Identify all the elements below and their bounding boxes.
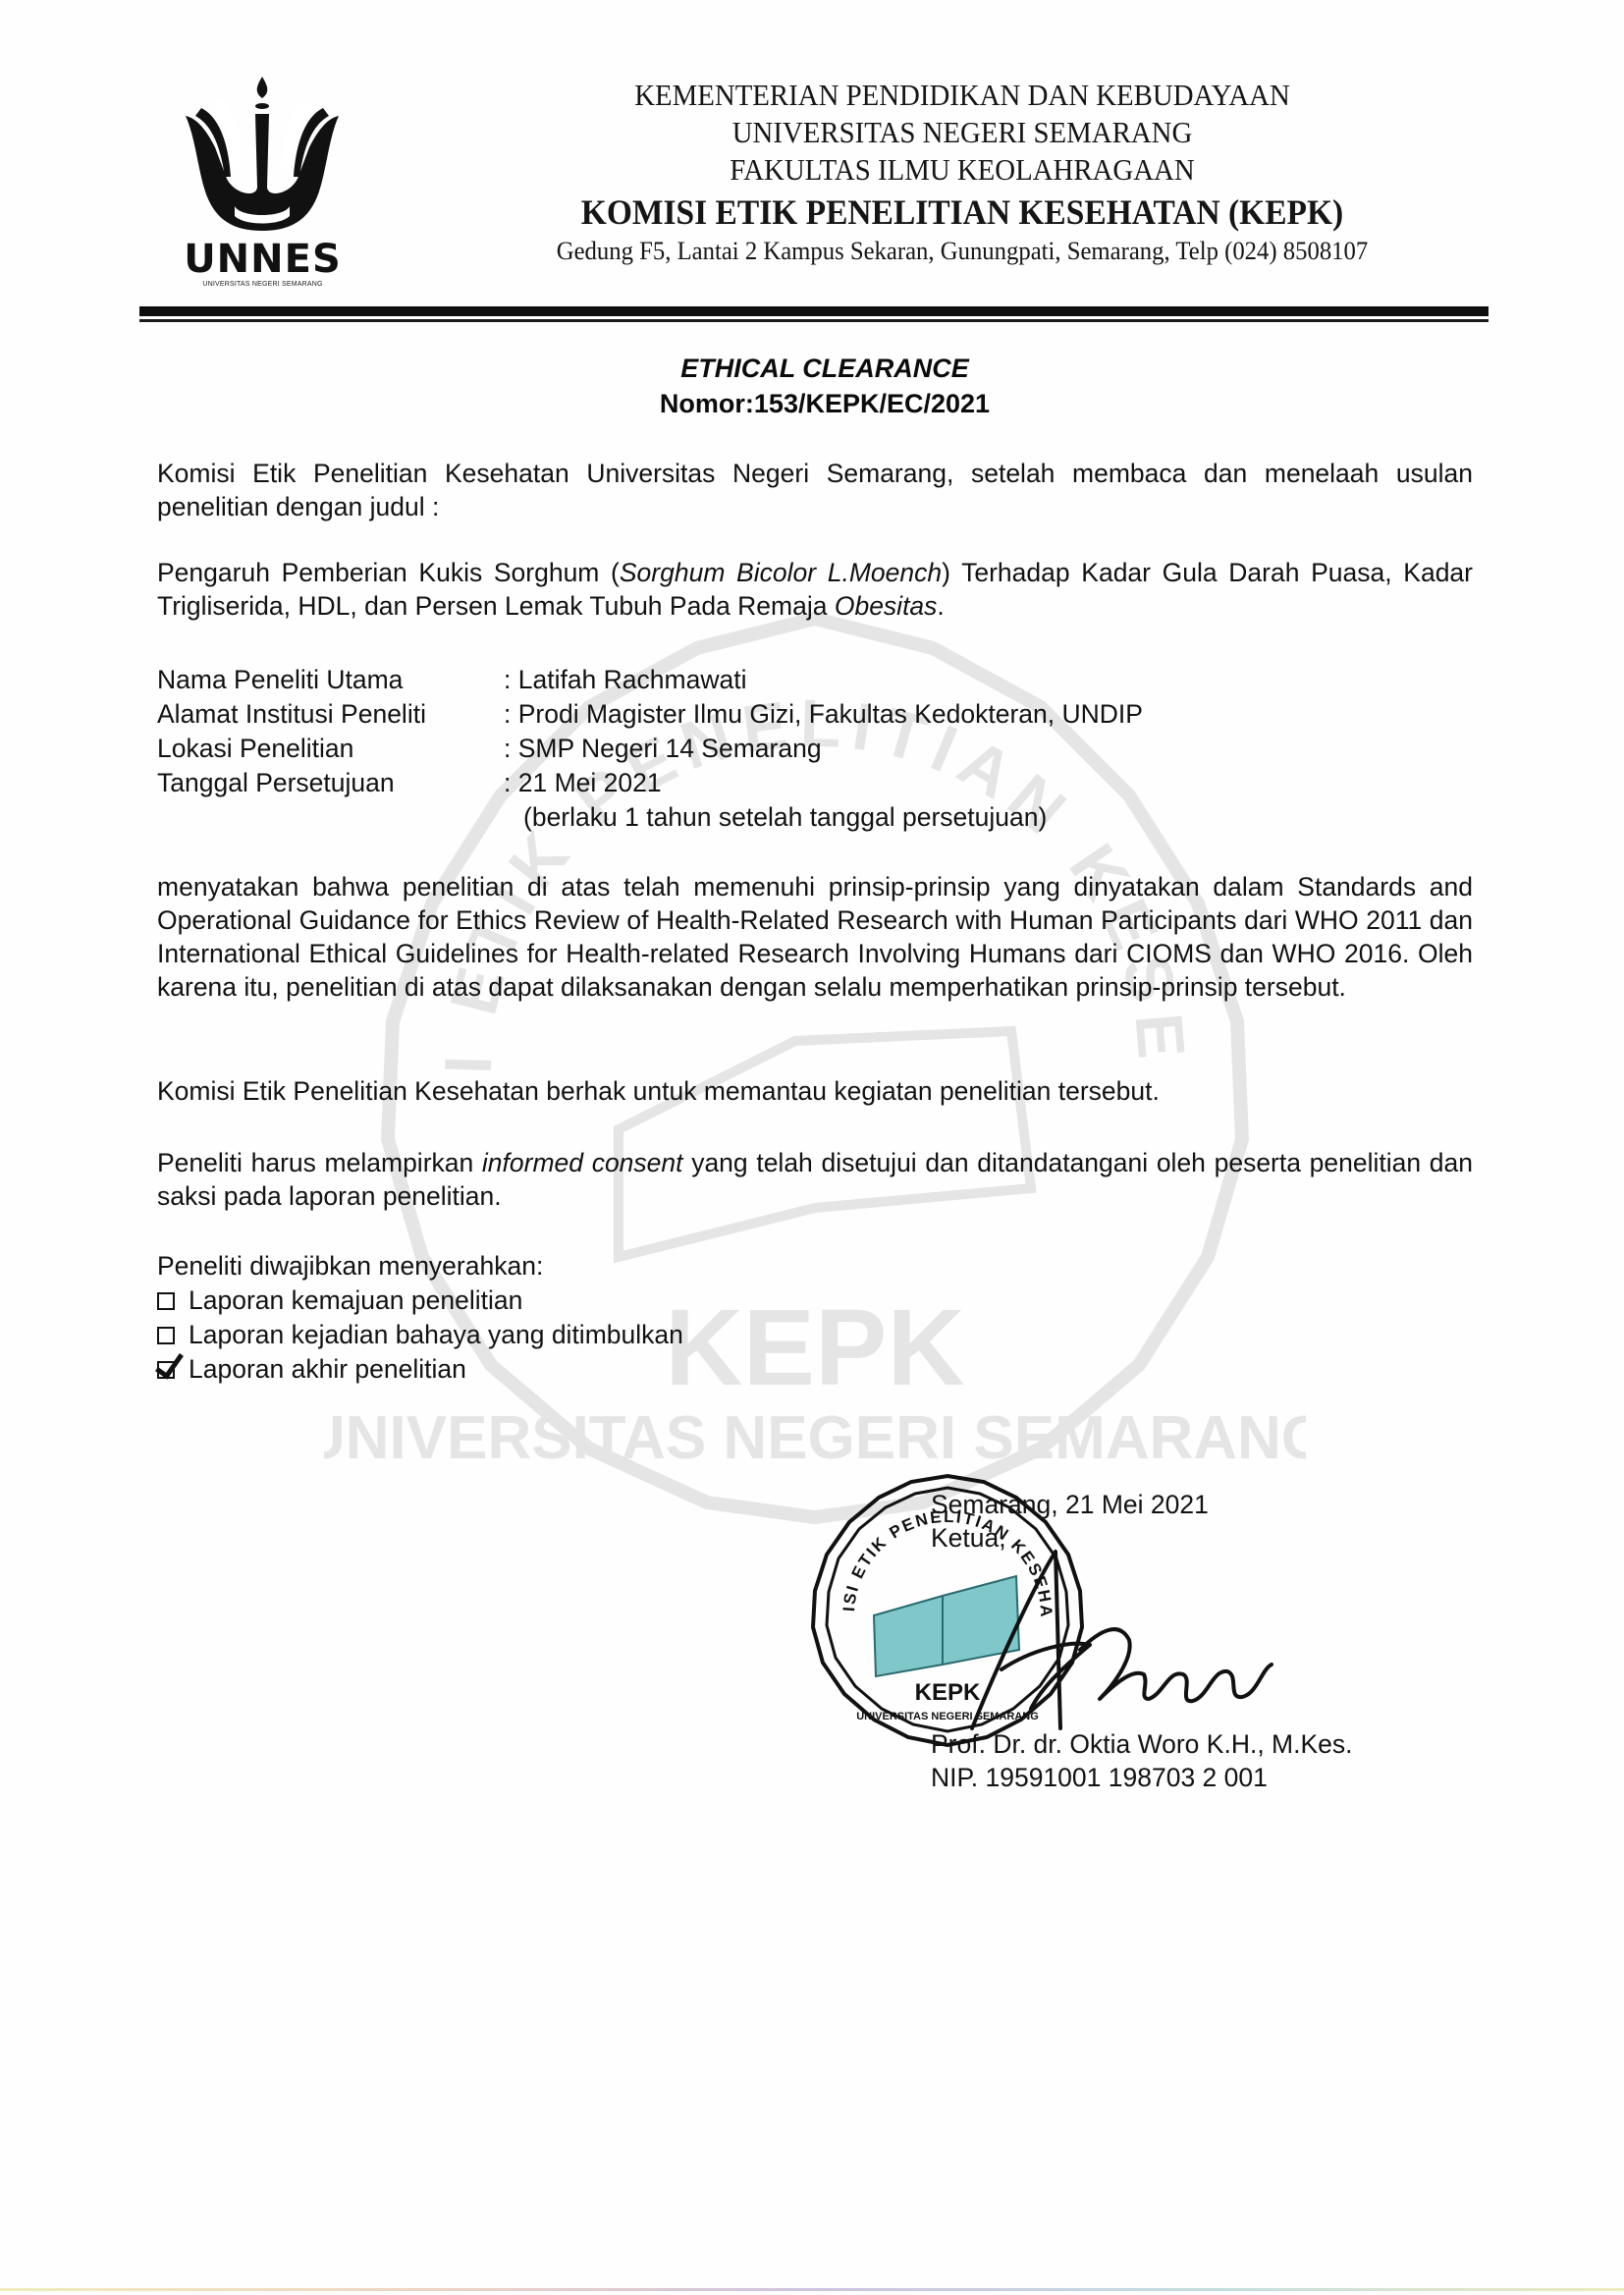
obligation-item: Laporan akhir penelitian [157,1352,683,1387]
detail-value: : Prodi Magister Ilmu Gizi, Fakultas Ked… [504,697,1143,732]
detail-row: Lokasi Penelitian : SMP Negeri 14 Semara… [157,732,1143,766]
obligation-item: Laporan kemajuan penelitian [157,1284,683,1318]
research-title-text: Pengaruh Pemberian Kukis Sorghum ( [157,558,620,587]
logo-subtext: UNIVERSITAS NEGERI SEMARANG [182,281,344,288]
obligations-heading: Peneliti diwajibkan menyerahkan: [157,1249,683,1284]
detail-value: : 21 Mei 2021 [504,766,662,800]
obligation-label: Laporan kejadian bahaya yang ditimbulkan [189,1318,683,1352]
document-page: KOMISI ETIK PENELITIAN KESEHATAN KEPK UN… [0,0,1624,2295]
document-heading: ETHICAL CLEARANCE [137,351,1512,386]
detail-row: Tanggal Persetujuan : 21 Mei 2021 [157,766,1143,800]
obligation-label: Laporan kemajuan penelitian [189,1284,522,1318]
signatory-nip: NIP. 19591001 198703 2 001 [931,1761,1268,1794]
checkbox-checked-icon [157,1361,175,1379]
letterhead-divider-thin [139,319,1489,322]
unnes-emblem-icon [182,69,344,246]
detail-value: : SMP Negeri 14 Semarang [504,732,822,766]
consent-text: Peneliti harus melampirkan [157,1148,482,1177]
research-title-italic: Obesitas [835,591,938,621]
document-number: Nomor:153/KEPK/EC/2021 [137,386,1512,421]
research-title-text: . [937,591,944,621]
committee-address: Gedung F5, Lantai 2 Kampus Sekaran, Gunu… [440,234,1485,269]
scan-edge-artifact [0,2288,1624,2291]
letterhead-divider-thick [139,306,1489,316]
detail-row: Alamat Institusi Peneliti : Prodi Magist… [157,697,1143,732]
obligations-list: Peneliti diwajibkan menyerahkan: Laporan… [157,1249,683,1387]
checkbox-unchecked-icon [157,1327,175,1344]
signature-place-date: Semarang, 21 Mei 2021 [931,1488,1209,1521]
detail-label: Lokasi Penelitian [157,732,504,766]
statement-paragraph: menyatakan bahwa penelitian di atas tela… [157,870,1473,1004]
detail-value: : Latifah Rachmawati [504,663,746,697]
svg-text:KEPK: KEPK [665,1287,965,1408]
intro-paragraph: Komisi Etik Penelitian Kesehatan Univers… [157,457,1473,523]
svg-text:UNIVERSITAS NEGERI SEMARANG: UNIVERSITAS NEGERI SEMARANG [324,1404,1306,1472]
handwritten-signature [962,1532,1276,1748]
faculty-name: FAKULTAS ILMU KEOLAHRAGAAN [451,151,1474,189]
consent-paragraph: Peneliti harus melampirkan informed cons… [157,1146,1473,1213]
ministry-name: KEMENTERIAN PENDIDIKAN DAN KEBUDAYAAN [451,77,1474,114]
obligation-label: Laporan akhir penelitian [189,1352,466,1387]
validity-note: (berlaku 1 tahun setelah tanggal persetu… [157,800,1143,835]
research-title-paragraph: Pengaruh Pemberian Kukis Sorghum (Sorghu… [157,556,1473,623]
document-title: ETHICAL CLEARANCE Nomor:153/KEPK/EC/2021 [137,351,1512,421]
detail-label: Alamat Institusi Peneliti [157,697,504,732]
research-details: Nama Peneliti Utama : Latifah Rachmawati… [157,663,1143,835]
research-title-species: Sorghum Bicolor L.Moench [620,558,942,587]
unnes-logo: UNNES UNIVERSITAS NEGERI SEMARANG [182,69,344,285]
detail-row: Nama Peneliti Utama : Latifah Rachmawati [157,663,1143,697]
checkbox-unchecked-icon [157,1292,175,1310]
obligation-item: Laporan kejadian bahaya yang ditimbulkan [157,1318,683,1352]
consent-italic: informed consent [482,1148,683,1177]
detail-label: Tanggal Persetujuan [157,766,504,800]
committee-name: KOMISI ETIK PENELITIAN KESEHATAN (KEPK) [451,191,1474,234]
university-name: UNIVERSITAS NEGERI SEMARANG [451,114,1474,151]
monitoring-paragraph: Komisi Etik Penelitian Kesehatan berhak … [157,1074,1473,1108]
detail-label: Nama Peneliti Utama [157,663,504,697]
letterhead-text: KEMENTERIAN PENDIDIKAN DAN KEBUDAYAAN UN… [412,77,1512,269]
logo-wordmark: UNNES [182,240,344,279]
